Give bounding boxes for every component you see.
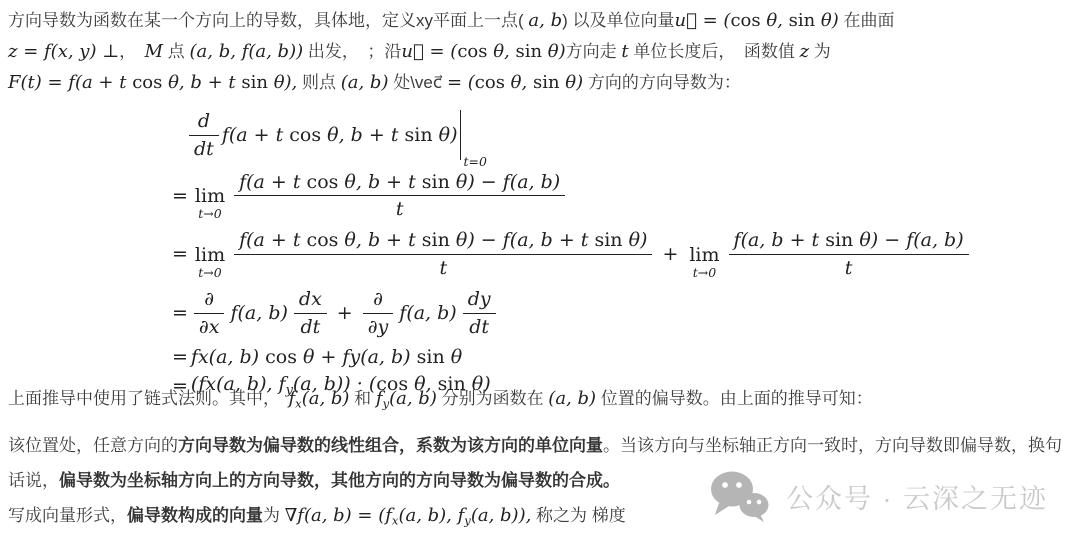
math-expression: fx(a, b) cos θ + fy(a, b) sin θ (191, 346, 462, 368)
evaluation-bar: t=0 (460, 110, 462, 160)
fraction-denominator: t (234, 254, 652, 280)
fraction: f(a, b + t sin θ) − f(a, b) t (729, 229, 969, 280)
fraction-numerator: ∂ (368, 288, 388, 313)
fraction-denominator: ∂x (194, 313, 225, 339)
fraction-dx-dt: dx dt (294, 288, 327, 339)
fraction-numerator: d (193, 110, 215, 135)
fraction: f(a + t cos θ, b + t sin θ) − f(a, b + t… (234, 229, 652, 280)
fraction-numerator: f(a + t cos θ, b + t sin θ) − f(a, b) (234, 171, 565, 196)
derivation-line-5: = fx(a, b) cos θ + fy(a, b) sin θ (172, 346, 972, 368)
fraction-d-dt: d dt (189, 110, 219, 161)
limit-operator: lim t→0 (689, 246, 719, 280)
math-expression: f(a + t cos θ, b + t sin θ) (222, 124, 458, 146)
equals-sign: = (172, 185, 188, 207)
partial-fraction-x: ∂ ∂x (194, 288, 225, 339)
fraction-numerator: dy (463, 288, 496, 313)
math-expression: f(a, b) (230, 302, 287, 324)
evaluation-subscript: t=0 (464, 154, 487, 169)
paragraph-gradient: 写成向量形式，偏导数构成的向量为 ∇f(a, b) = (fx(a, b), f… (8, 500, 1076, 537)
math-expression: f(a, b) (399, 302, 456, 324)
paragraph-chain-rule: 上面推导中使用了链式法则。其中， fx(a, b) 和 fy(a, b) 分别为… (8, 383, 1076, 420)
limit-operator: lim t→0 (195, 246, 225, 280)
derivation-block: d dt f(a + t cos θ, b + t sin θ) t=0 = l… (172, 110, 972, 399)
intro-line-1: 方向导数为函数在某一个方向上的导数，具体地，定义xy平面上一点( a, b) 以… (8, 5, 1076, 37)
equals-sign: = (172, 243, 188, 265)
derivation-line-3: = lim t→0 f(a + t cos θ, b + t sin θ) − … (172, 229, 972, 280)
derivation-line-4: = ∂ ∂x f(a, b) dx dt + ∂ ∂y f(a, b) dy d… (172, 288, 972, 339)
fraction: f(a + t cos θ, b + t sin θ) − f(a, b) t (234, 171, 565, 222)
equals-sign: = (172, 302, 188, 324)
fraction-denominator: t (234, 195, 565, 221)
limit-operator: lim t→0 (195, 187, 225, 221)
derivation-line-1: d dt f(a + t cos θ, b + t sin θ) t=0 (172, 110, 972, 161)
fraction-numerator: dx (294, 288, 327, 313)
limit-subscript: t→0 (198, 208, 221, 221)
fraction-denominator: dt (294, 313, 327, 339)
fraction-numerator: f(a + t cos θ, b + t sin θ) − f(a, b + t… (234, 229, 652, 254)
limit-word: lim (195, 246, 225, 265)
derivation-line-2: = lim t→0 f(a + t cos θ, b + t sin θ) − … (172, 171, 972, 222)
limit-word: lim (689, 246, 719, 265)
intro-line-2: z = f(x, y) ⊥， M 点 (a, b, f(a, b)) 出发， ；… (8, 36, 1076, 68)
fraction-dy-dt: dy dt (463, 288, 496, 339)
plus-sign: + (337, 302, 353, 324)
fraction-denominator: dt (189, 135, 219, 161)
paragraph-linear-combination: 该位置处，任意方向的方向导数为偏导数的线性组合，系数为该方向的单位向量。当该方向… (8, 428, 1076, 498)
limit-subscript: t→0 (198, 267, 221, 280)
plus-sign: + (662, 243, 678, 265)
fraction-numerator: ∂ (199, 288, 219, 313)
fraction-denominator: t (729, 254, 969, 280)
fraction-denominator: dt (463, 313, 496, 339)
partial-fraction-y: ∂ ∂y (363, 288, 394, 339)
fraction-numerator: f(a, b + t sin θ) − f(a, b) (729, 229, 969, 254)
fraction-denominator: ∂y (363, 313, 394, 339)
limit-subscript: t→0 (693, 267, 716, 280)
limit-word: lim (195, 187, 225, 206)
intro-line-3: F(t) = f(a + t cos θ, b + t sin θ), 则点 (… (8, 67, 1076, 99)
equals-sign: = (172, 346, 188, 368)
